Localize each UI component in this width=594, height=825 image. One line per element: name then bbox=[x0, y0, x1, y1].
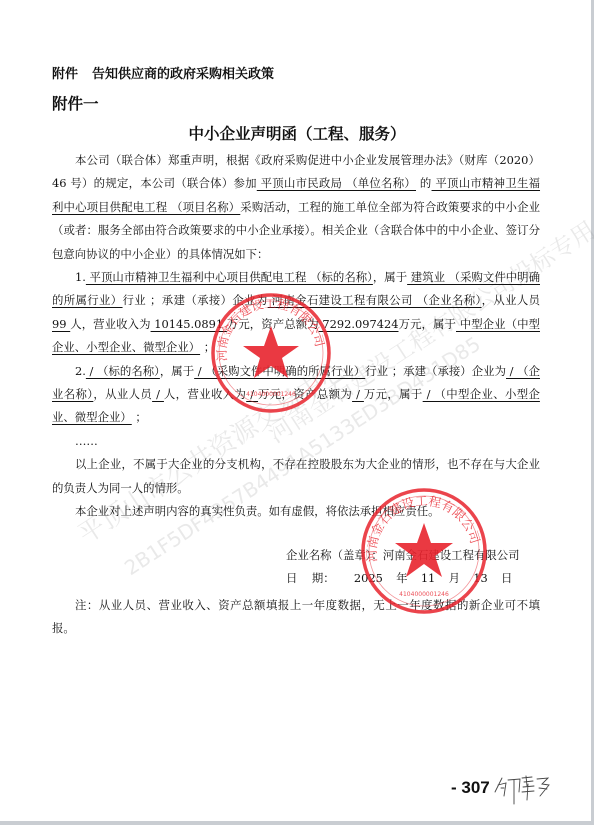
item-1-staff-field: 99 bbox=[52, 317, 70, 331]
item-1-text: 万元，属于 bbox=[399, 317, 457, 331]
annex-one-heading: 附件一 bbox=[52, 92, 99, 114]
date-line: 日 期： 2025 年 11 月 13 日 bbox=[286, 570, 512, 586]
handwritten-signature-icon bbox=[492, 770, 554, 810]
declaration-body: 本公司（联合体）郑重声明，根据《政府采购促进中小企业发展管理办法》（财库（202… bbox=[52, 149, 540, 524]
item-1-subject-field: 平顶山市精神卫生福利中心项目供配电工程 （标的名称） bbox=[86, 270, 373, 284]
item-2-text: 万元，属于 bbox=[364, 387, 423, 401]
item-2-subject-field: / （标的名称） bbox=[86, 364, 160, 378]
unit-name-field: 平顶山市民政局 （单位名称） bbox=[257, 176, 416, 190]
item-1-number: 1. bbox=[75, 270, 86, 284]
item-2-paragraph: 2. / （标的名称），属于 / （采购文件中明确的所属行业）行业 ；承建（承接… bbox=[52, 360, 540, 430]
item-2-staff-field: / bbox=[152, 387, 164, 401]
page-bottom-edge bbox=[0, 821, 594, 825]
item-1-text: ； bbox=[200, 340, 215, 354]
item-1-company-field: 河南金石建设工程有限公司 （企业名称） bbox=[268, 293, 482, 307]
intro-text-2: 的 bbox=[416, 176, 432, 190]
item-1-assets-field: 7292.097424 bbox=[319, 317, 399, 331]
date-day-unit: 日 bbox=[501, 571, 512, 585]
item-2-assets-field: / bbox=[352, 387, 364, 401]
annex-heading: 附件告知供应商的政府采购相关政策 bbox=[52, 63, 274, 82]
item-2-revenue-field: / bbox=[246, 387, 258, 401]
item-1-text: 行业 ；承建（承接）企业为 bbox=[123, 293, 268, 307]
date-month-unit: 月 bbox=[449, 571, 460, 585]
item-2-industry-field: / （采购文件中明确的所属行业） bbox=[194, 364, 365, 378]
item-1-text: ，属于 bbox=[373, 270, 407, 284]
date-day: 13 bbox=[473, 571, 488, 585]
note-block: 注：从业人员、营业收入、资产总额填报上一年度数据，无上一年度数据的新企业可不填报… bbox=[52, 594, 540, 641]
item-2-text: 万元，资产总额为 bbox=[258, 387, 352, 401]
item-2-text: ； bbox=[132, 410, 147, 424]
company-signature-line: 企业名称（盖章）：河南金石建设工程有限公司 bbox=[286, 547, 520, 563]
item-1-text: 万元，资产总额为 bbox=[227, 317, 319, 331]
item-1-text: 人，营业收入为 bbox=[70, 317, 150, 331]
item-2-text: ，属于 bbox=[160, 364, 194, 378]
item-2-number: 2. bbox=[75, 364, 86, 378]
item-1-text: ，从业人员 bbox=[482, 293, 540, 307]
ellipsis: …… bbox=[52, 430, 540, 453]
item-1-paragraph: 1. 平顶山市精神卫生福利中心项目供配电工程 （标的名称），属于 建筑业 （采购… bbox=[52, 266, 540, 360]
company-name: 河南金石建设工程有限公司 bbox=[383, 548, 520, 562]
item-2-text: 人，营业收入为 bbox=[164, 387, 246, 401]
item-2-text: ，从业人员 bbox=[93, 387, 152, 401]
annex-label: 附件 bbox=[52, 67, 78, 82]
item-1-revenue-field: 10145.0891 bbox=[151, 317, 227, 331]
document-title: 中小企业声明函（工程、服务） bbox=[0, 122, 594, 144]
page-number: - 307 bbox=[451, 778, 490, 798]
responsibility-statement: 本企业对上述声明内容的真实性负责。如有虚假，将依法承担相应责任。 bbox=[52, 500, 540, 523]
date-year-unit: 年 bbox=[396, 571, 407, 585]
intro-paragraph: 本公司（联合体）郑重声明，根据《政府采购促进中小企业发展管理办法》（财库（202… bbox=[52, 149, 540, 266]
item-2-text: 行业 ；承建（承接）企业为 bbox=[365, 364, 506, 378]
date-label: 日 期： bbox=[286, 571, 335, 585]
branch-statement: 以上企业，不属于大企业的分支机构，不存在控股股东为大企业的情形，也不存在与大企业… bbox=[52, 453, 540, 500]
date-month: 11 bbox=[421, 571, 436, 585]
date-year: 2025 bbox=[354, 571, 383, 585]
note-text: 注：从业人员、营业收入、资产总额填报上一年度数据，无上一年度数据的新企业可不填报… bbox=[52, 594, 540, 641]
company-label: 企业名称（盖章）： bbox=[286, 548, 383, 562]
annex-title: 告知供应商的政府采购相关政策 bbox=[92, 67, 274, 82]
